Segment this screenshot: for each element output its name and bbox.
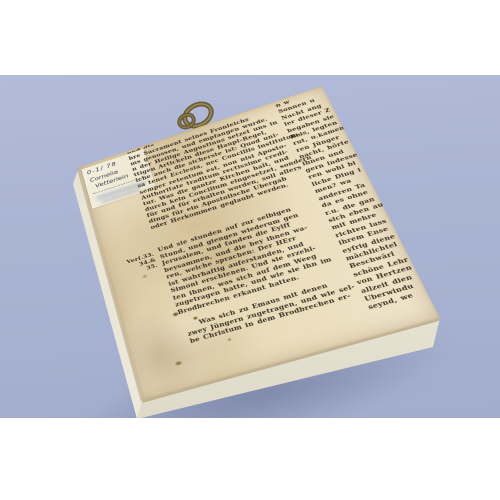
paper-speck (227, 338, 231, 341)
verse-margin-note: Verſ.33.34.&35. (113, 251, 158, 280)
paper-speck (143, 275, 147, 278)
letterbox-top (0, 0, 500, 75)
letterbox-bottom (0, 418, 500, 500)
